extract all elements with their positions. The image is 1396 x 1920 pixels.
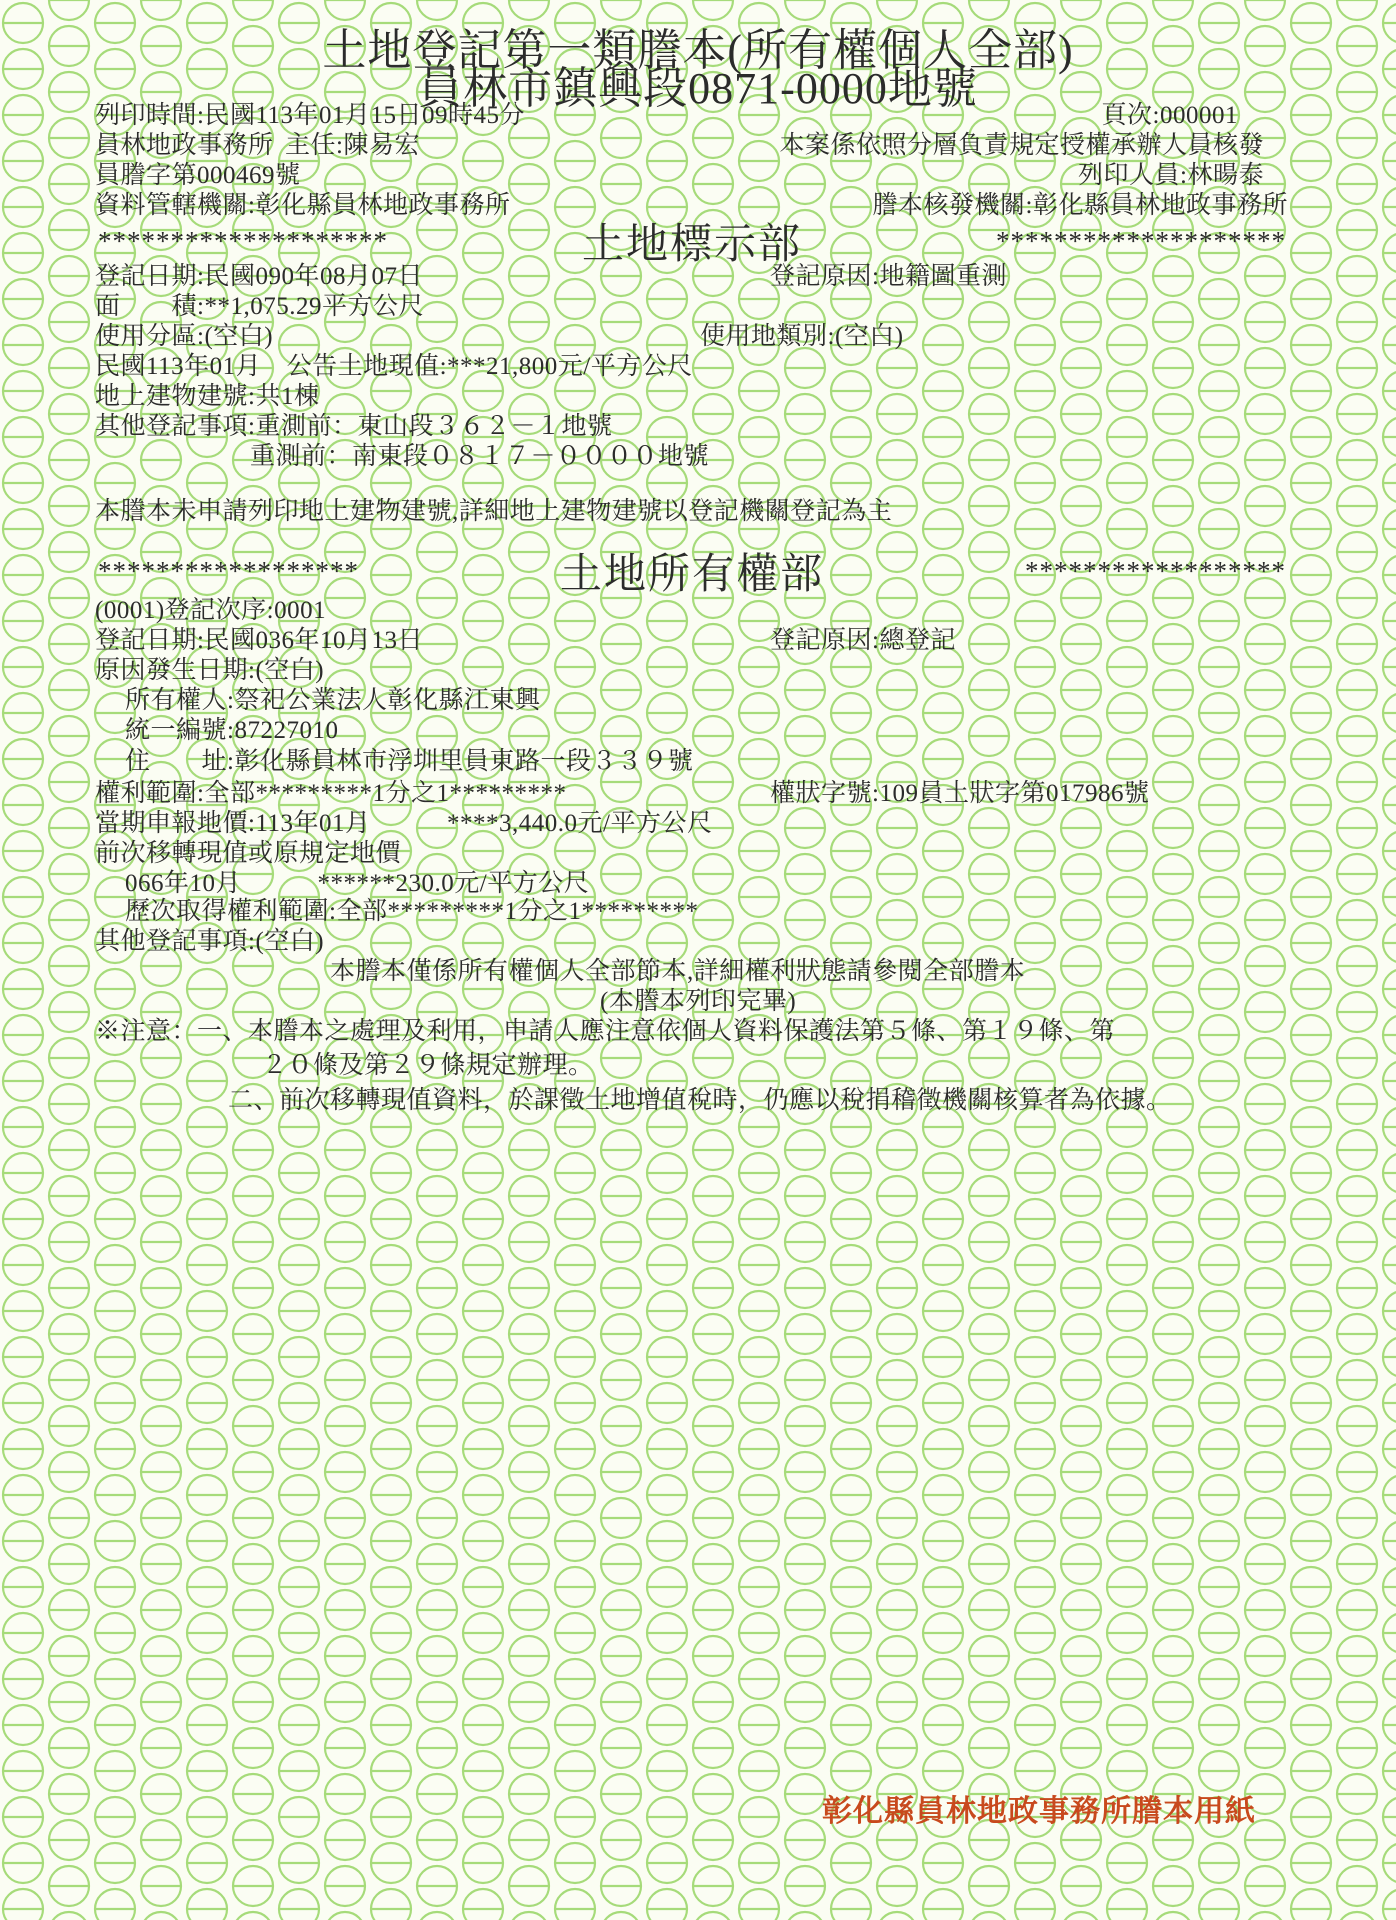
stars-left: ******************** bbox=[98, 226, 388, 257]
excerpt-note: 本謄本僅係所有權個人全部節本,詳細權利狀態請參閱全部謄本 bbox=[330, 957, 1025, 986]
owner-address: 住 址:彰化縣員林市浮圳里員東路一段３３９號 bbox=[125, 747, 693, 776]
print-complete-note: (本謄本列印完畢) bbox=[600, 987, 796, 1016]
stars-left: ****************** bbox=[98, 556, 359, 587]
owner-other-items: 其他登記事項:(空白) bbox=[95, 927, 324, 956]
registration-sequence: (0001)登記次序:0001 bbox=[95, 596, 326, 625]
rights-scope: 權利範圍:全部*********1分之1********* bbox=[95, 779, 566, 808]
owner-uid: 統一編號:87227010 bbox=[125, 716, 338, 745]
land-area: 面 積:**1,075.29平方公尺 bbox=[95, 292, 424, 321]
notice-line-3: 二、前次移轉現值資料，於課徵土地增值稅時，仍應以稅捐稽徵機關核算者為依據。 bbox=[228, 1086, 1172, 1115]
director-name: 主任:陳易宏 bbox=[285, 131, 420, 160]
certificate-number: 權狀字號:109員土狀字第017986號 bbox=[770, 779, 1149, 808]
other-registration-item-2: 重測前：南東段０８１７－００００地號 bbox=[250, 442, 709, 471]
cause-date: 原因發生日期:(空白) bbox=[95, 656, 324, 685]
owner-registration-date: 登記日期:民國036年10月13日 bbox=[95, 626, 423, 655]
office-name: 員林地政事務所 bbox=[95, 131, 274, 160]
land-use-category: 使用地類別:(空白) bbox=[700, 322, 904, 351]
transcript-page: 土地登記第一類謄本(所有權個人全部) 員林市鎮興段0871-0000地號 列印時… bbox=[0, 0, 1396, 1920]
land-section-separator: ******************** 土地標示部 *************… bbox=[98, 216, 1286, 266]
announced-land-value: 民國113年01月 公告土地現值:***21,800元/平方公尺 bbox=[95, 352, 693, 381]
notice-line-2: ２０條及第２９條規定辦理。 bbox=[262, 1051, 594, 1080]
stars-right: ******************** bbox=[996, 226, 1286, 257]
previous-transfer-value: 066年10月 ******230.0元/平方公尺 bbox=[125, 869, 589, 898]
building-number: 地上建物建號:共1棟 bbox=[95, 382, 319, 411]
declared-land-value: 當期申報地價:113年01月 ****3,440.0元/平方公尺 bbox=[95, 809, 712, 838]
owner-registration-reason: 登記原因:總登記 bbox=[770, 626, 956, 655]
historic-rights-scope: 歷次取得權利範圍:全部*********1分之1********* bbox=[125, 897, 698, 926]
building-note: 本謄本未申請列印地上建物建號,詳細地上建物建號以登記機關登記為主 bbox=[95, 497, 892, 526]
authorization-note: 本案係依照分層負責規定授權承辦人員核發 bbox=[779, 131, 1264, 160]
notice-line-1: ※注意：一、本謄本之處理及利用，申請人應注意依個人資料保護法第５條、第１９條、第 bbox=[95, 1017, 1115, 1046]
previous-transfer-heading: 前次移轉現值或原規定地價 bbox=[95, 839, 401, 868]
zoning: 使用分區:(空白) bbox=[95, 322, 273, 351]
registration-reason: 登記原因:地籍圖重測 bbox=[770, 262, 1007, 291]
land-section-title: 土地標示部 bbox=[582, 211, 802, 271]
print-time: 列印時間:民國113年01月15日09時45分 bbox=[95, 101, 525, 130]
stars-right: ****************** bbox=[1025, 556, 1286, 587]
ownership-section-separator: ****************** 土地所有權部 **************… bbox=[98, 546, 1286, 596]
page-number: 頁次:000001 bbox=[1102, 101, 1238, 130]
other-registration-item-1: 其他登記事項:重測前：東山段３６２－１地號 bbox=[95, 412, 612, 441]
ownership-section-title: 土地所有權部 bbox=[560, 541, 824, 601]
owner-name: 所有權人:祭祀公業法人彰化縣江東興 bbox=[125, 686, 540, 715]
print-staff: 列印人員:林暘泰 bbox=[1078, 161, 1264, 190]
paper-footer: 彰化縣員林地政事務所謄本用紙 bbox=[822, 1786, 1256, 1830]
registration-date: 登記日期:民國090年08月07日 bbox=[95, 262, 423, 291]
document-number: 員謄字第000469號 bbox=[95, 161, 301, 190]
